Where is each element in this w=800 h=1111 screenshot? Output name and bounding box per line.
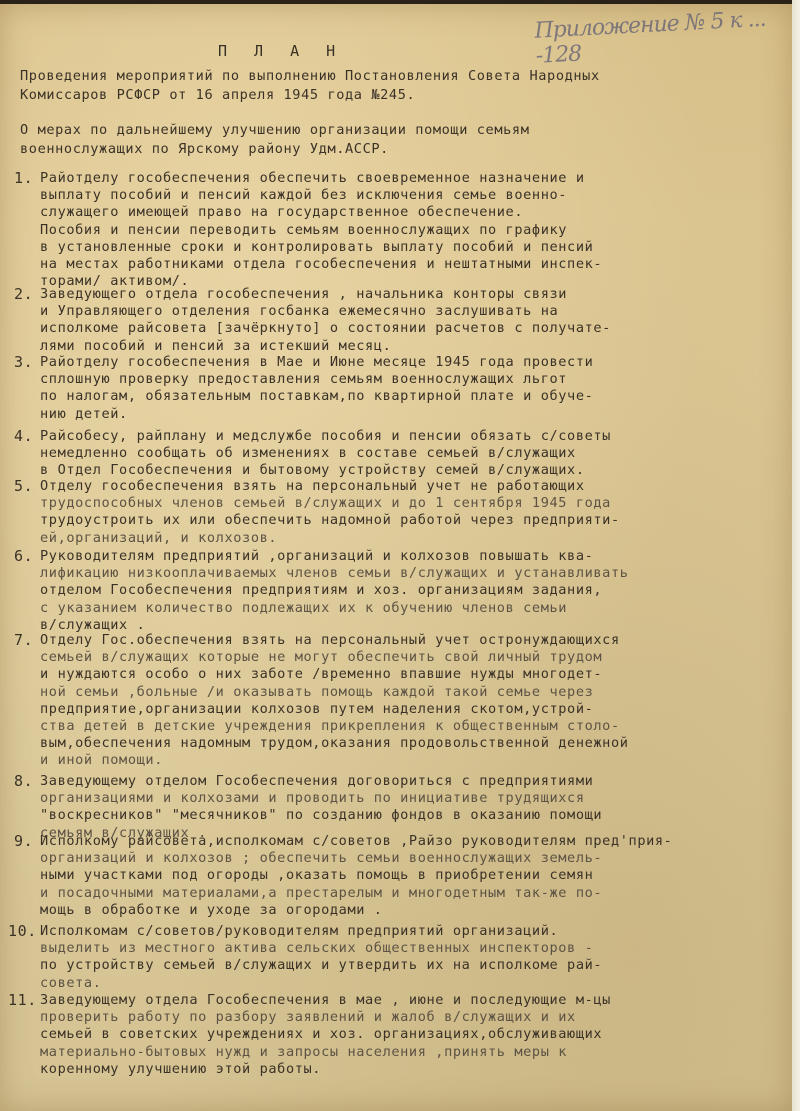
item-text-line: Отделу гособеспечения взять на персональ… [40,478,585,495]
item-text-line: ными участками под огороды ,оказать помо… [40,867,593,884]
item-text-line: отделом Гособеспечения предприятиям и хо… [40,582,602,599]
item-text-line: семьей в советских учреждениях и хоз. ор… [40,1026,602,1043]
item-number: 11. [8,992,37,1009]
item-text-line: с указанием количество подлежащих их к о… [40,600,567,617]
item-text-line: предприятие,организации колхозов путем н… [40,701,593,718]
item-number: 9. [14,833,33,850]
item-text-line: Отделу Гос.обеспечения взять на персонал… [40,632,620,649]
item-text-line: вым,обеспечения надомным трудом,оказания… [40,735,629,752]
item-text-line: организациями и колхозами и проводить по… [40,790,585,807]
item-text-line: сплошную проверку предоставления семьям … [40,371,567,388]
item-text-line: в установленные сроки и контролировать в… [40,239,593,256]
item-text-line: Исполкому райсовета,исполкомам с/советов… [40,833,672,850]
item-text-line: мощь в обработке и уходе за огородами . [40,902,383,919]
item-number: 4. [14,428,33,445]
item-number: 2. [14,286,33,303]
item-text-line: Заведующему отделом Гособеспечения догов… [40,773,593,790]
item-text-line: выделить из местного актива сельских общ… [40,940,593,957]
item-text-line: и посадочными материалами,а престарелым … [40,885,602,902]
item-number: 1. [14,170,33,187]
item-text-line: Руководителям предприятий ,организаций и… [40,548,593,565]
item-text-line: совета. [40,975,102,992]
document-page: Приложение № 5 к ... -128 П Л А Н Провед… [0,4,792,1111]
handwritten-annotation: Приложение № 5 к ... -128 [534,5,796,69]
item-text-line: и иной помощи. [40,752,163,769]
item-text-line: выплату пособий и пенсий каждой без искл… [40,187,567,204]
document-subtitle-line: Комиссаров РСФСР от 16 апреля 1945 года … [20,87,415,104]
item-text-line: коренному улучшению этой работы. [40,1061,321,1078]
item-text-line: проверить работу по разбору заявлений и … [40,1009,576,1026]
item-number: 5. [14,478,33,495]
item-number: 3. [14,354,33,371]
item-text-line: в Отдел Гособеспечения и бытовому устрой… [40,462,585,479]
item-text-line: лями пособий и пенсий за истекший месяц. [40,338,391,355]
item-text-line: и нуждаются особо о них заботе /временно… [40,666,602,683]
item-text-line: семьей в/служащих которые не могут обесп… [40,649,602,666]
page-edge [792,0,800,1111]
item-text-line: материально-бытовых нужд и запросы насел… [40,1044,567,1061]
item-number: 8. [14,773,33,790]
item-text-line: служащего имеющей право на государственн… [40,204,523,221]
item-text-line: Райотделу гособеспечения обеспечить свое… [40,170,585,187]
item-text-line: Заведующему отдела Гособеспечения в мае … [40,992,611,1009]
item-text-line: и Управляющего отделения госбанка ежемес… [40,303,558,320]
item-text-line: исполкоме райсовета [зачёркнуто] о состо… [40,320,611,337]
item-text-line: Пособия и пенсии переводить семьям военн… [40,222,567,239]
item-text-line: по налогам, обязательным поставкам,по кв… [40,388,593,405]
item-text-line: трудоспособных членов семьей в/служащих … [40,495,611,512]
item-text-line: ства детей в детские учреждения прикрепл… [40,718,620,735]
item-text-line: Исполкомам с/советов/руководителям предп… [40,923,558,940]
document-topic-line: военнослужащих по Ярскому району Удм.АСС… [20,141,389,158]
item-number: 10. [8,923,37,940]
item-number: 6. [14,548,33,565]
item-text-line: на местах работниками отдела гособеспече… [40,256,602,273]
item-text-line: ной семьи ,больные /и оказывать помощь к… [40,684,593,701]
item-text-line: "воскресников" "месячников" по созданию … [40,807,602,824]
item-text-line: трудоустроить их или обеспечить надомной… [40,512,620,529]
document-topic-line: О мерах по дальнейшему улучшению организ… [20,122,529,139]
item-text-line: организаций и колхозов ; обеспечить семь… [40,850,602,867]
item-text-line: ей,организаций, и колхозов. [40,530,277,547]
item-text-line: лификацию низкооплачиваемых членов семьи… [40,565,629,582]
item-text-line: по устройству семьей в/служащих и утверд… [40,957,602,974]
item-text-line: Заведующего отдела гособеспечения , нача… [40,286,567,303]
item-text-line: немедленно сообщать об изменениях в сост… [40,445,576,462]
item-text-line: Райотделу гособеспечения в Мае и Июне ме… [40,354,593,371]
item-number: 7. [14,632,33,649]
document-subtitle-line: Проведения мероприятий по выполнению Пос… [20,68,600,85]
item-text-line: Райсобесу, райплану и медслужбе пособия … [40,428,611,445]
item-text-line: нию детей. [40,406,128,423]
document-title: П Л А Н [218,42,344,60]
